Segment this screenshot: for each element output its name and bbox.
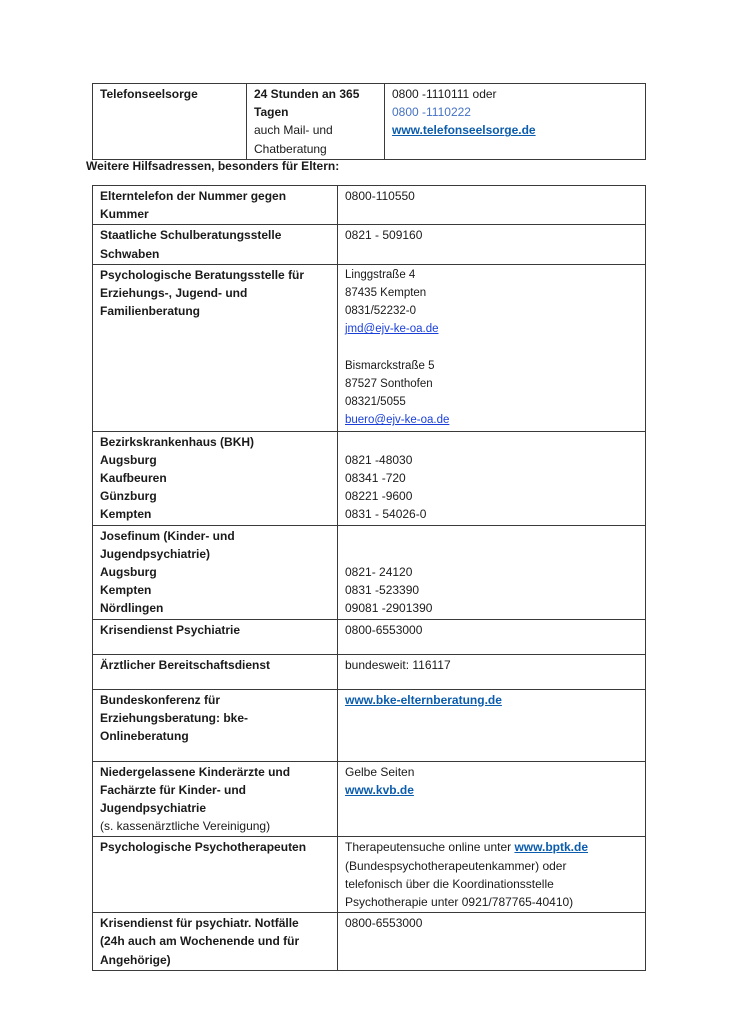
table-row: Psychologische Beratungsstelle für Erzie… <box>93 264 646 431</box>
table-row: Josefinum (Kinder- und Jugendpsychiatrie… <box>93 525 646 619</box>
table-row: Staatliche Schulberatungsstelle Schwaben… <box>93 225 646 264</box>
bke-link[interactable]: www.bke-elternberatung.de <box>345 691 639 709</box>
phone-1: 0800 -1110111 oder <box>392 85 639 103</box>
table-row: Krisendienst für psychiatr. Notfälle (24… <box>93 913 646 971</box>
row-label: Psychologische Beratungsstelle für Erzie… <box>93 264 338 431</box>
phone-2: 0800 -1110222 <box>392 103 639 121</box>
email-link-kempten[interactable]: jmd@ejv-ke-oa.de <box>345 320 639 338</box>
row-value: 0800-6553000 <box>338 913 646 971</box>
row-value: Therapeutensuche online unter www.bptk.d… <box>338 837 646 913</box>
row-label: Ärztlicher Bereitschaftsdienst <box>93 654 338 689</box>
row-value: 0821 -48030 08341 -720 08221 -9600 0831 … <box>338 431 646 525</box>
row-label: Josefinum (Kinder- und Jugendpsychiatrie… <box>93 525 338 619</box>
row-value: 0821 - 509160 <box>338 225 646 264</box>
row-label: Bezirkskrankenhaus (BKH) Augsburg Kaufbe… <box>93 431 338 525</box>
row-label: Staatliche Schulberatungsstelle Schwaben <box>93 225 338 264</box>
row-value: 0800-6553000 <box>338 619 646 654</box>
telefonseelsorge-link[interactable]: www.telefonseelsorge.de <box>392 121 639 139</box>
service-hours: 24 Stunden an 365 Tagen auch Mail- und C… <box>247 84 385 160</box>
telefonseelsorge-table: Telefonseelsorge 24 Stunden an 365 Tagen… <box>92 83 646 160</box>
row-value: 0800-110550 <box>338 186 646 225</box>
table-row: Bezirkskrankenhaus (BKH) Augsburg Kaufbe… <box>93 431 646 525</box>
table-row: Elterntelefon der Nummer gegen Kummer 08… <box>93 186 646 225</box>
service-contact: 0800 -1110111 oder 0800 -1110222 www.tel… <box>385 84 646 160</box>
bptk-link[interactable]: www.bptk.de <box>514 840 588 854</box>
kvb-link[interactable]: www.kvb.de <box>345 781 639 799</box>
row-label: Psychologische Psychotherapeuten <box>93 837 338 913</box>
row-label: Elterntelefon der Nummer gegen Kummer <box>93 186 338 225</box>
table-row: Krisendienst Psychiatrie 0800-6553000 <box>93 619 646 654</box>
service-name: Telefonseelsorge <box>93 84 247 160</box>
row-value: www.bke-elternberatung.de <box>338 689 646 761</box>
document-page: Telefonseelsorge 24 Stunden an 365 Tagen… <box>0 0 730 1024</box>
section-heading: Weitere Hilfsadressen, besonders für Elt… <box>86 157 339 175</box>
row-label: Bundeskonferenz für Erziehungsberatung: … <box>93 689 338 761</box>
table-row: Telefonseelsorge 24 Stunden an 365 Tagen… <box>93 84 646 160</box>
table-row: Psychologische Psychotherapeuten Therape… <box>93 837 646 913</box>
row-value: bundesweit: 116117 <box>338 654 646 689</box>
table-row: Niedergelassene Kinderärzte und Fachärzt… <box>93 761 646 837</box>
row-label: Niedergelassene Kinderärzte und Fachärzt… <box>93 761 338 837</box>
table-row: Ärztlicher Bereitschaftsdienst bundeswei… <box>93 654 646 689</box>
table-row: Bundeskonferenz für Erziehungsberatung: … <box>93 689 646 761</box>
row-value: Linggstraße 4 87435 Kempten 0831/52232-0… <box>338 264 646 431</box>
row-label: Krisendienst Psychiatrie <box>93 619 338 654</box>
row-value: 0821- 24120 0831 -523390 09081 -2901390 <box>338 525 646 619</box>
help-addresses-table: Elterntelefon der Nummer gegen Kummer 08… <box>92 185 646 971</box>
row-label: Krisendienst für psychiatr. Notfälle (24… <box>93 913 338 971</box>
row-value: Gelbe Seiten www.kvb.de <box>338 761 646 837</box>
email-link-sonthofen[interactable]: buero@ejv-ke-oa.de <box>345 411 639 429</box>
